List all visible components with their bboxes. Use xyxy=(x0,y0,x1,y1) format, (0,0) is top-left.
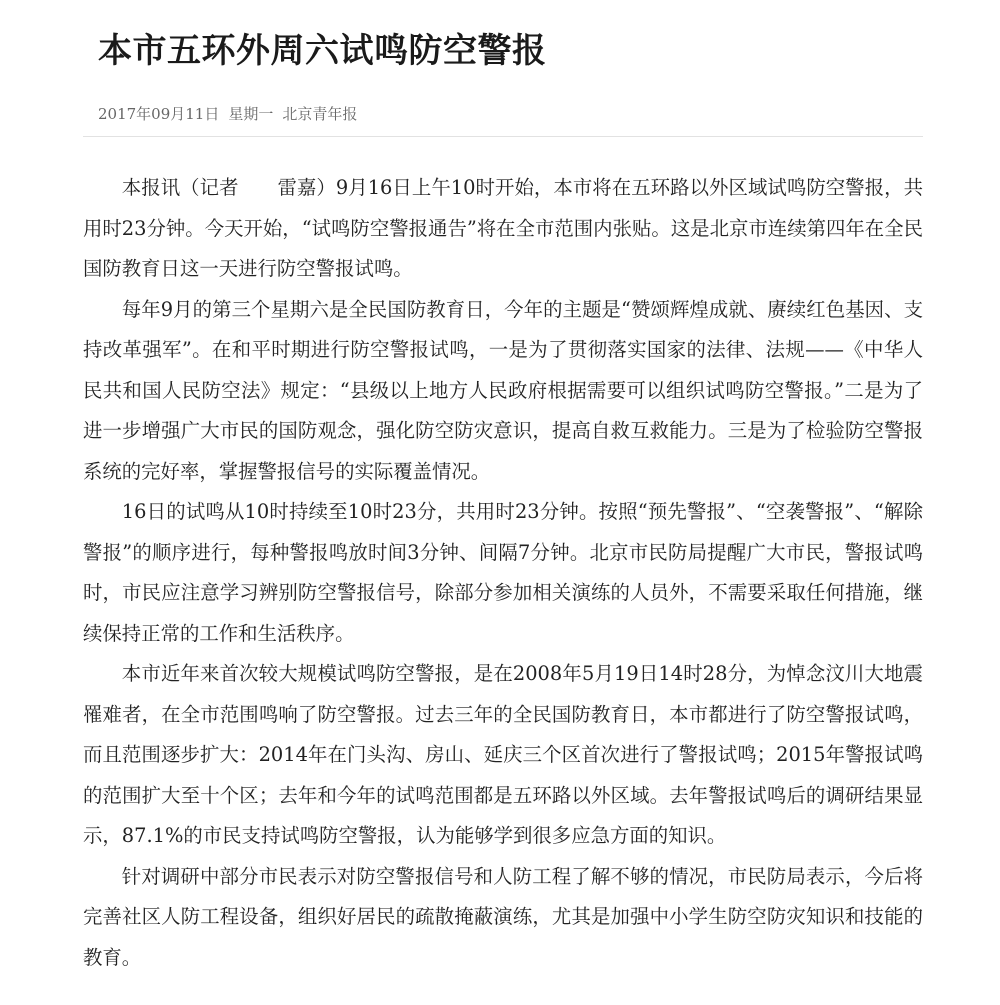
publish-date: 2017年09月11日 xyxy=(98,105,219,123)
article-body: 本报讯（记者 雷嘉）9月16日上午10时开始，本市将在五环路以外区域试鸣防空警报… xyxy=(83,168,923,978)
paragraph: 本市近年来首次较大规模试鸣防空警报，是在2008年5月19日14时28分，为悼念… xyxy=(83,654,923,857)
header-divider xyxy=(83,136,923,137)
paragraph: 本报讯（记者 雷嘉）9月16日上午10时开始，本市将在五环路以外区域试鸣防空警报… xyxy=(83,168,923,290)
paragraph: 针对调研中部分市民表示对防空警报信号和人防工程了解不够的情况，市民防局表示，今后… xyxy=(83,857,923,979)
publication-source: 北京青年报 xyxy=(282,105,357,123)
publish-weekday: 星期一 xyxy=(228,105,273,123)
paragraph: 每年9月的第三个星期六是全民国防教育日，今年的主题是“赞颂辉煌成就、赓续红色基因… xyxy=(83,290,923,493)
article-title: 本市五环外周六试鸣防空警报 xyxy=(83,0,923,78)
paragraph: 16日的试鸣从10时持续至10时23分，共用时23分钟。按照“预先警报”、“空袭… xyxy=(83,492,923,654)
article: 本市五环外周六试鸣防空警报 2017年09月11日星期一北京青年报 本报讯（记者… xyxy=(83,0,923,978)
article-meta: 2017年09月11日星期一北京青年报 xyxy=(83,104,923,124)
